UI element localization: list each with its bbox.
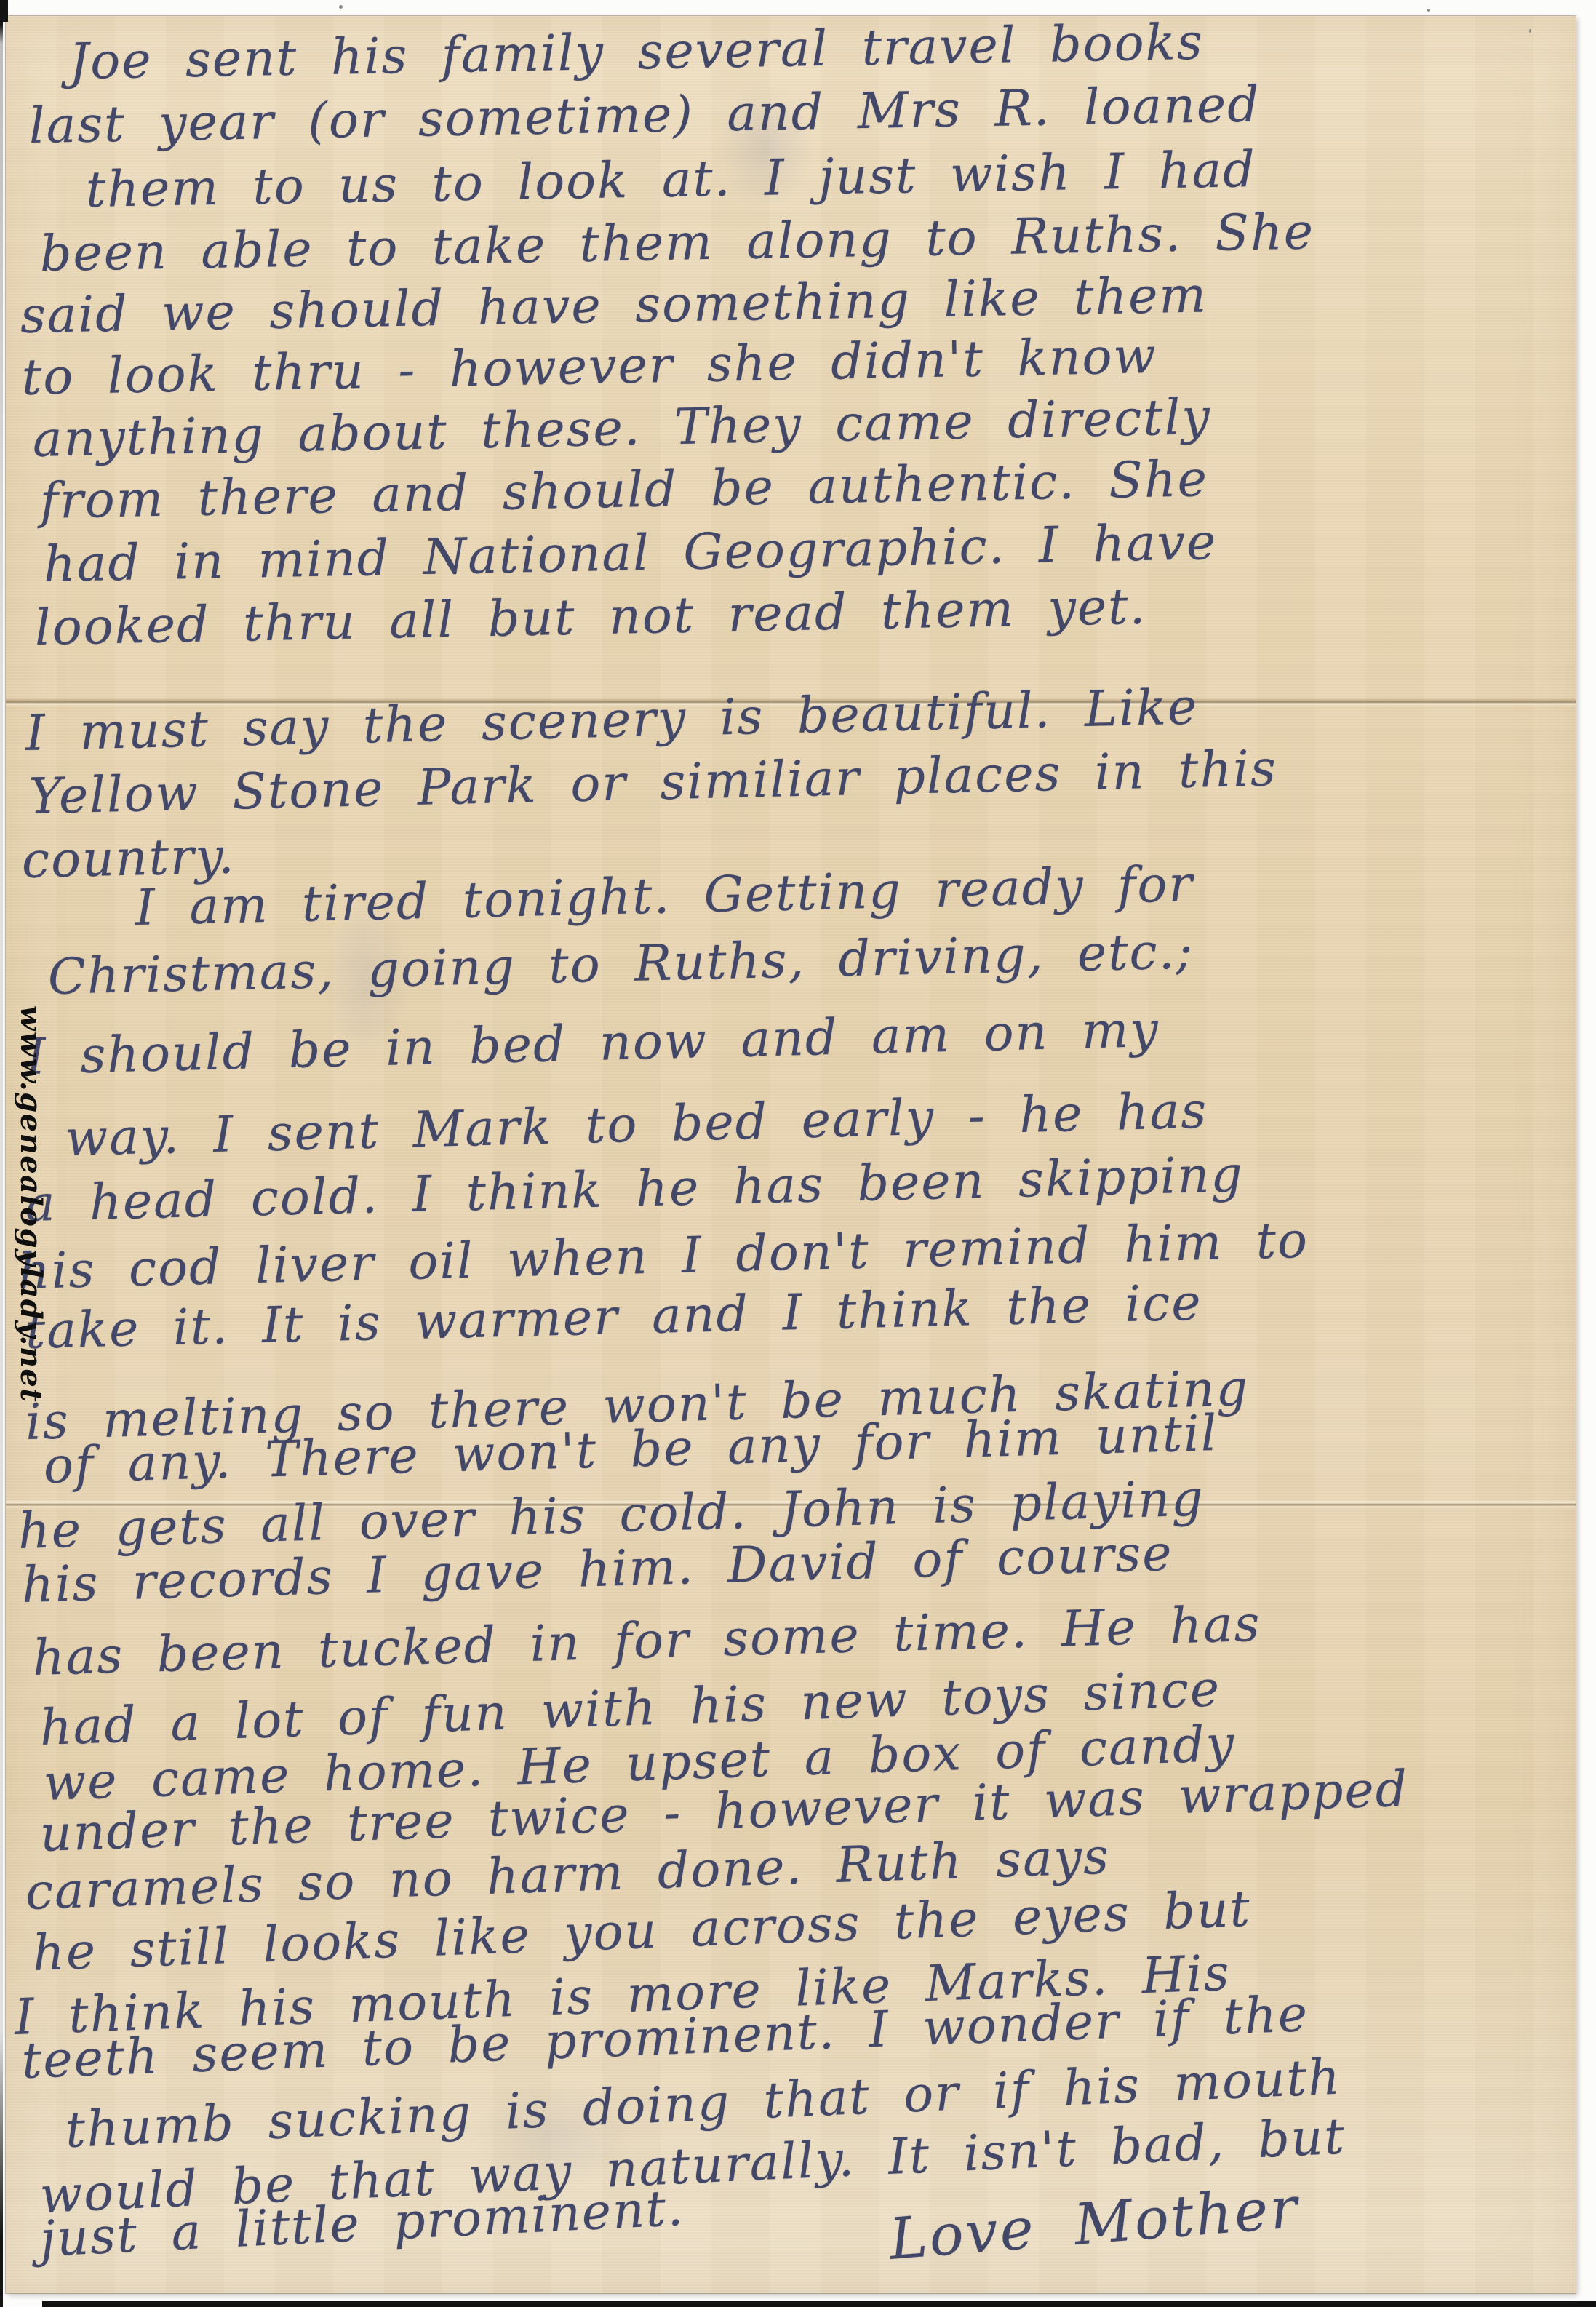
dust-speck — [1529, 29, 1531, 33]
letter-line: last year (or sometime) and Mrs R. loane… — [28, 80, 1261, 151]
letter-closing-signature: Love Mother — [887, 2180, 1301, 2268]
watermark-url-text: www.genealogylady.net — [13, 1005, 48, 1403]
letter-line: Christmas, going to Ruths, driving, etc.… — [47, 927, 1194, 1003]
letter-line: I am tired tonight. Getting ready for — [135, 860, 1194, 933]
letter-line: Joe sent his family several travel books — [68, 18, 1204, 87]
dust-speck — [1427, 9, 1430, 12]
scanner-edge-bottom — [42, 2301, 1596, 2307]
scanner-edge-left — [0, 0, 3, 2307]
letter-paper: Joe sent his family several travel books… — [6, 16, 1576, 2293]
scanner-corner-mark — [0, 0, 8, 22]
dust-speck — [339, 5, 343, 9]
scanned-letter-page: { "document": { "kind": "handwritten let… — [0, 0, 1596, 2307]
letter-line: them to us to look at. I just wish I had — [85, 146, 1256, 215]
letter-line: I should be in bed now and am on my — [25, 1005, 1160, 1083]
letter-line: had in mind National Geographic. I have — [43, 518, 1218, 590]
letter-line: looked thru all but not read them yet. — [34, 583, 1146, 653]
letter-line: from there and should be authentic. She — [39, 455, 1208, 527]
